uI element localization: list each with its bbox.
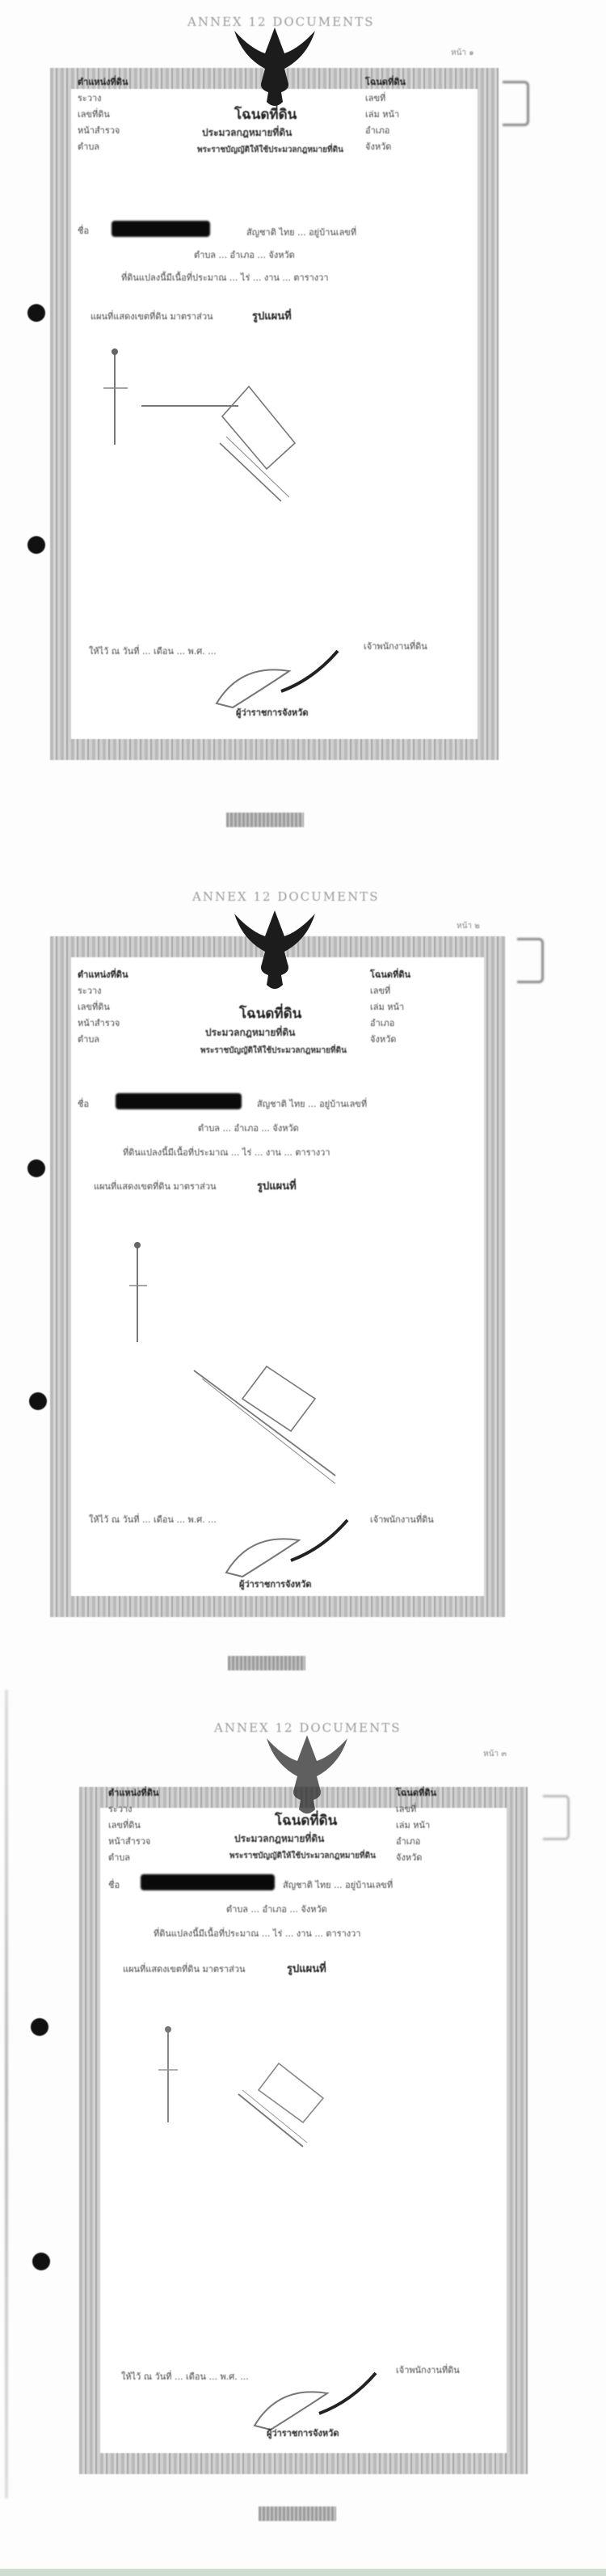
left-block-3: หน้าสำรวจ (78, 1016, 120, 1030)
map-label: รูปแผนที่ (257, 1177, 297, 1194)
registration-stamp (228, 1656, 305, 1670)
body-line-2: ที่ดินแปลงนี้มีเนื้อที่ประมาณ ... ไร่ ..… (121, 270, 329, 285)
right-block-4: จังหวัด (365, 139, 391, 154)
left-block-1: ระวาง (78, 91, 102, 105)
body-line-0: สัญชาติ ไทย ... อยู่บ้านเลขที่ (246, 225, 356, 239)
deed-title: โฉนดที่ดิน (234, 103, 297, 125)
left-block-3: หน้าสำรวจ (78, 123, 120, 137)
right-block-4: จังหวัด (396, 1850, 422, 1864)
right-block-2: เล่ม หน้า (370, 999, 404, 1014)
deed-subtitle-1: ประมวลกฎหมายที่ดิน (205, 1025, 295, 1041)
sign-right: เจ้าพนักงานที่ดิน (396, 2363, 460, 2377)
viewer-bottom-bar (0, 2569, 606, 2576)
page-mark: หน้า ๓ (483, 1748, 507, 1760)
body-line-3: แผนที่แสดงเขตที่ดิน มาตราส่วน (123, 1962, 246, 1976)
redacted-owner-name (141, 1874, 275, 1890)
official-name: ผู้ว่าราชการจังหวัด (239, 1577, 311, 1591)
right-block-1: เลขที่ (396, 1801, 416, 1816)
body-line-3: แผนที่แสดงเขตที่ดิน มาตราส่วน (90, 309, 213, 323)
side-tab (543, 1795, 570, 1840)
left-block-2: เลขที่ดิน (108, 1818, 141, 1832)
owner-label: ชื่อ (78, 1096, 89, 1111)
garuda-emblem-icon (226, 907, 323, 996)
deed-subtitle-2: พระราชบัญญัติให้ใช้ประมวลกฎหมายที่ดิน (229, 1850, 376, 1862)
deed-page-1: ANNEX 12 DOCUMENTS หน้า ๑ โฉนดที่ดิน ประ… (0, 0, 606, 857)
binding-hole (27, 1159, 45, 1177)
land-plot-sketch (113, 1197, 372, 1455)
right-block-1: เลขที่ (365, 91, 385, 105)
body-line-1: ตำบล ... อำเภอ ... จังหวัด (226, 1902, 327, 1916)
left-block-2: เลขที่ดิน (78, 999, 110, 1014)
left-block-4: ตำบล (78, 1032, 99, 1046)
side-tab (503, 81, 529, 126)
sign-right: เจ้าพนักงานที่ดิน (364, 639, 427, 653)
right-block-3: อำเภอ (370, 1016, 394, 1030)
right-block-0: โฉนดที่ดิน (365, 74, 406, 89)
land-plot-sketch (154, 2013, 380, 2223)
body-line-1: ตำบล ... อำเภอ ... จังหวัด (194, 247, 295, 262)
left-block-1: ระวาง (78, 983, 102, 998)
registration-stamp (259, 2506, 336, 2521)
right-block-2: เล่ม หน้า (365, 107, 399, 121)
left-block-0: ตำแหน่งที่ดิน (78, 967, 128, 982)
left-block-1: ระวาง (108, 1801, 133, 1816)
right-block-0: โฉนดที่ดิน (370, 967, 410, 982)
deed-subtitle-1: ประมวลกฎหมายที่ดิน (234, 1831, 324, 1847)
official-name: ผู้ว่าราชการจังหวัด (267, 2426, 339, 2440)
map-label: รูปแผนที่ (252, 307, 292, 324)
left-block-2: เลขที่ดิน (78, 107, 110, 121)
right-block-3: อำเภอ (365, 123, 389, 137)
deed-page-2: ANNEX 12 DOCUMENTS หน้า ๒ โฉนดที่ดิน ประ… (0, 857, 606, 1690)
redacted-owner-name (116, 1093, 242, 1109)
body-line-2: ที่ดินแปลงนี้มีเนื้อที่ประมาณ ... ไร่ ..… (154, 1926, 361, 1940)
sign-line: ให้ไว้ ณ วันที่ ... เดือน ... พ.ศ. ... (89, 1512, 217, 1527)
deed-subtitle-2: พระราชบัญญัติให้ใช้ประมวลกฎหมายที่ดิน (197, 144, 343, 156)
sign-right: เจ้าพนักงานที่ดิน (370, 1512, 434, 1527)
right-block-0: โฉนดที่ดิน (396, 1785, 436, 1800)
sign-line: ให้ไว้ ณ วันที่ ... เดือน ... พ.ศ. ... (89, 644, 217, 658)
redacted-owner-name (112, 221, 210, 237)
owner-label: ชื่อ (78, 223, 89, 238)
binding-hole (31, 2018, 48, 2036)
body-line-3: แผนที่แสดงเขตที่ดิน มาตราส่วน (94, 1179, 217, 1193)
left-block-0: ตำแหน่งที่ดิน (108, 1785, 158, 1800)
left-block-0: ตำแหน่งที่ดิน (78, 74, 128, 89)
deed-title: โฉนดที่ดิน (239, 1003, 301, 1024)
page-mark: หน้า ๑ (451, 47, 474, 59)
body-line-0: สัญชาติ ไทย ... อยู่บ้านเลขที่ (283, 1877, 393, 1892)
binding-hole (27, 304, 45, 322)
left-block-4: ตำบล (78, 139, 99, 154)
deed-subtitle-1: ประมวลกฎหมายที่ดิน (202, 125, 292, 141)
binding-hole (29, 1392, 47, 1410)
garuda-emblem-icon (226, 24, 323, 113)
right-block-2: เล่ม หน้า (396, 1818, 430, 1832)
sign-line: ให้ไว้ ณ วันที่ ... เดือน ... พ.ศ. ... (121, 2369, 249, 2384)
binding-hole (32, 2253, 50, 2270)
land-plot-sketch (97, 340, 356, 517)
page-header: ANNEX 12 DOCUMENTS (192, 889, 380, 904)
page-mark: หน้า ๒ (457, 920, 480, 932)
garuda-emblem-icon (259, 1732, 356, 1821)
body-line-2: ที่ดินแปลงนี้มีเนื้อที่ประมาณ ... ไร่ ..… (123, 1145, 330, 1159)
side-tab (517, 938, 544, 983)
registration-stamp (226, 813, 304, 827)
deed-subtitle-2: พระราชบัญญัติให้ใช้ประมวลกฎหมายที่ดิน (200, 1045, 347, 1057)
right-block-1: เลขที่ (370, 983, 390, 998)
right-block-4: จังหวัด (370, 1032, 396, 1046)
map-label: รูปแผนที่ (287, 1960, 326, 1977)
left-block-4: ตำบล (108, 1850, 130, 1864)
official-name: ผู้ว่าราชการจังหวัด (236, 705, 308, 720)
body-line-0: สัญชาติ ไทย ... อยู่บ้านเลขที่ (257, 1096, 367, 1111)
left-block-3: หน้าสำรวจ (108, 1834, 150, 1848)
body-line-1: ตำบล ... อำเภอ ... จังหวัด (198, 1121, 299, 1135)
owner-label: ชื่อ (108, 1877, 120, 1892)
binding-hole (27, 536, 45, 554)
deed-title: โฉนดที่ดิน (275, 1810, 337, 1831)
right-block-3: อำเภอ (396, 1834, 420, 1848)
deed-page-3: ANNEX 12 DOCUMENTS หน้า ๓ โฉนดที่ดิน ประ… (0, 1690, 606, 2569)
